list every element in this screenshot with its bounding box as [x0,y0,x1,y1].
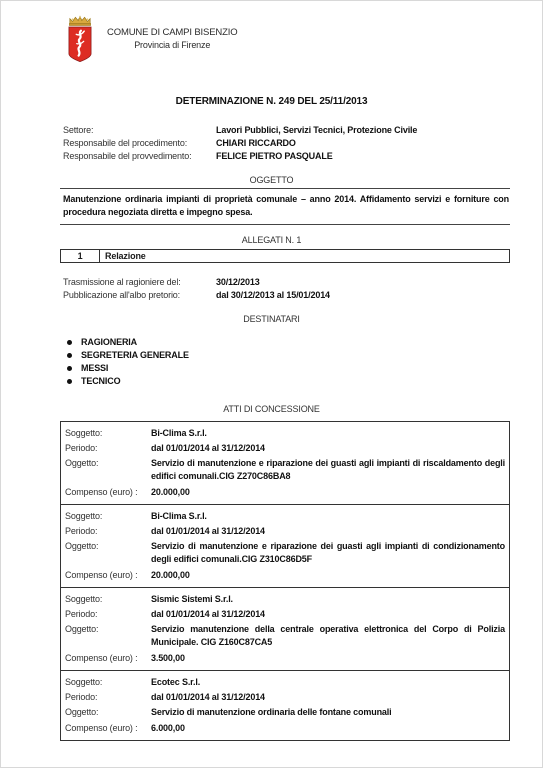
oggetto-text: Manutenzione ordinaria impianti di propr… [63,193,509,219]
info-row-settore: Settore: Lavori Pubblici, Servizi Tecnic… [63,124,509,137]
atti-label: Compenso (euro) : [65,652,151,665]
atti-row-soggetto: Soggetto: Bi-Clima S.r.l. [65,510,505,523]
info-row-resp-procedimento: Responsabile del procedimento: CHIARI RI… [63,137,509,150]
atti-row-periodo: Periodo: dal 01/01/2014 al 31/12/2014 [65,442,505,455]
atti-periodo-value: dal 01/01/2014 al 31/12/2014 [151,442,505,455]
document-header: COMUNE DI CAMPI BISENZIO Provincia di Fi… [63,15,542,63]
publication-row: Pubblicazione all'albo pretorio: dal 30/… [63,289,509,302]
atti-row-oggetto: Oggetto: Servizio di manutenzione ordina… [65,706,505,719]
document-title: DETERMINAZIONE N. 249 DEL 25/11/2013 [1,96,542,107]
transmission-rows: Trasmissione al ragioniere del: 30/12/20… [63,276,509,302]
info-label: Responsabile del procedimento: [63,137,216,150]
atti-label: Oggetto: [65,457,151,483]
info-value: FELICE PIETRO PASQUALE [216,150,509,163]
info-value: Lavori Pubblici, Servizi Tecnici, Protez… [216,124,509,137]
atti-row-compenso: Compenso (euro) : 3.500,00 [65,652,505,665]
atti-oggetto-value: Servizio manutenzione della centrale ope… [151,623,505,649]
atti-soggetto-value: Ecotec S.r.l. [151,676,505,689]
atti-row-soggetto: Soggetto: Ecotec S.r.l. [65,676,505,689]
atti-label: Soggetto: [65,676,151,689]
atti-periodo-value: dal 01/01/2014 al 31/12/2014 [151,525,505,538]
destinatari-heading: DESTINATARI [1,314,542,325]
destinatari-item-label: MESSI [81,362,108,375]
destinatari-item: TECNICO [67,375,542,388]
allegati-heading: ALLEGATI N. 1 [1,235,542,246]
atti-label: Compenso (euro) : [65,722,151,735]
destinatari-item: SEGRETERIA GENERALE [67,349,542,362]
atti-table: Soggetto: Bi-Clima S.r.l. Periodo: dal 0… [60,421,510,741]
bullet-icon [67,379,72,384]
oggetto-heading: OGGETTO [1,175,542,186]
atti-row-oggetto: Oggetto: Servizio manutenzione della cen… [65,623,505,649]
allegati-table: 1 Relazione [60,249,510,263]
atti-block: Soggetto: Sismic Sistemi S.r.l. Periodo:… [61,587,509,670]
atti-row-compenso: Compenso (euro) : 20.000,00 [65,569,505,582]
atti-block: Soggetto: Ecotec S.r.l. Periodo: dal 01/… [61,670,509,740]
atti-label: Periodo: [65,442,151,455]
atti-row-oggetto: Oggetto: Servizio di manutenzione e ripa… [65,457,505,483]
atti-compenso-value: 6.000,00 [151,722,505,735]
atti-label: Oggetto: [65,623,151,649]
atti-label: Oggetto: [65,540,151,566]
org-name: COMUNE DI CAMPI BISENZIO [107,27,237,39]
atti-label: Oggetto: [65,706,151,719]
atti-periodo-value: dal 01/01/2014 al 31/12/2014 [151,691,505,704]
info-row-resp-provvedimento: Responsabile del provvedimento: FELICE P… [63,150,509,163]
atti-compenso-value: 20.000,00 [151,486,505,499]
atti-row-compenso: Compenso (euro) : 6.000,00 [65,722,505,735]
info-label: Settore: [63,124,216,137]
atti-label: Periodo: [65,691,151,704]
atti-label: Compenso (euro) : [65,486,151,499]
atti-oggetto-value: Servizio di manutenzione e riparazione d… [151,540,505,566]
destinatari-item: RAGIONERIA [67,336,542,349]
transmission-label: Trasmissione al ragioniere del: [63,276,216,289]
atti-label: Periodo: [65,525,151,538]
org-identity: COMUNE DI CAMPI BISENZIO Provincia di Fi… [107,15,237,63]
atti-row-periodo: Periodo: dal 01/01/2014 al 31/12/2014 [65,691,505,704]
atti-row-oggetto: Oggetto: Servizio di manutenzione e ripa… [65,540,505,566]
bullet-icon [67,366,72,371]
atti-row-soggetto: Soggetto: Bi-Clima S.r.l. [65,427,505,440]
atti-block: Soggetto: Bi-Clima S.r.l. Periodo: dal 0… [61,504,509,587]
atti-label: Soggetto: [65,427,151,440]
transmission-value: 30/12/2013 [216,276,509,289]
transmission-row: Trasmissione al ragioniere del: 30/12/20… [63,276,509,289]
municipal-crest-icon [63,15,97,63]
atti-label: Compenso (euro) : [65,569,151,582]
atti-soggetto-value: Bi-Clima S.r.l. [151,510,505,523]
atti-compenso-value: 20.000,00 [151,569,505,582]
publication-label: Pubblicazione all'albo pretorio: [63,289,216,302]
destinatari-item-label: SEGRETERIA GENERALE [81,349,189,362]
atti-oggetto-value: Servizio di manutenzione e riparazione d… [151,457,505,483]
atti-soggetto-value: Bi-Clima S.r.l. [151,427,505,440]
atti-row-compenso: Compenso (euro) : 20.000,00 [65,486,505,499]
info-label: Responsabile del provvedimento: [63,150,216,163]
destinatari-item: MESSI [67,362,542,375]
destinatari-list: RAGIONERIA SEGRETERIA GENERALE MESSI TEC… [67,336,542,388]
atti-label: Periodo: [65,608,151,621]
publication-value: dal 30/12/2013 al 15/01/2014 [216,289,509,302]
bullet-icon [67,353,72,358]
divider [60,224,510,225]
allegati-row-number: 1 [61,250,100,262]
divider [60,188,510,189]
atti-row-periodo: Periodo: dal 01/01/2014 al 31/12/2014 [65,608,505,621]
destinatari-item-label: TECNICO [81,375,120,388]
atti-row-periodo: Periodo: dal 01/01/2014 al 31/12/2014 [65,525,505,538]
info-rows: Settore: Lavori Pubblici, Servizi Tecnic… [63,124,509,163]
atti-label: Soggetto: [65,510,151,523]
bullet-icon [67,340,72,345]
atti-row-soggetto: Soggetto: Sismic Sistemi S.r.l. [65,593,505,606]
info-value: CHIARI RICCARDO [216,137,509,150]
allegati-row-name: Relazione [100,251,146,261]
atti-block: Soggetto: Bi-Clima S.r.l. Periodo: dal 0… [61,422,509,504]
atti-soggetto-value: Sismic Sistemi S.r.l. [151,593,505,606]
atti-periodo-value: dal 01/01/2014 al 31/12/2014 [151,608,505,621]
document-page: COMUNE DI CAMPI BISENZIO Provincia di Fi… [0,0,543,768]
destinatari-item-label: RAGIONERIA [81,336,137,349]
atti-label: Soggetto: [65,593,151,606]
atti-compenso-value: 3.500,00 [151,652,505,665]
org-subtitle: Provincia di Firenze [107,39,237,51]
atti-oggetto-value: Servizio di manutenzione ordinaria delle… [151,706,505,719]
atti-heading: ATTI DI CONCESSIONE [1,404,542,415]
